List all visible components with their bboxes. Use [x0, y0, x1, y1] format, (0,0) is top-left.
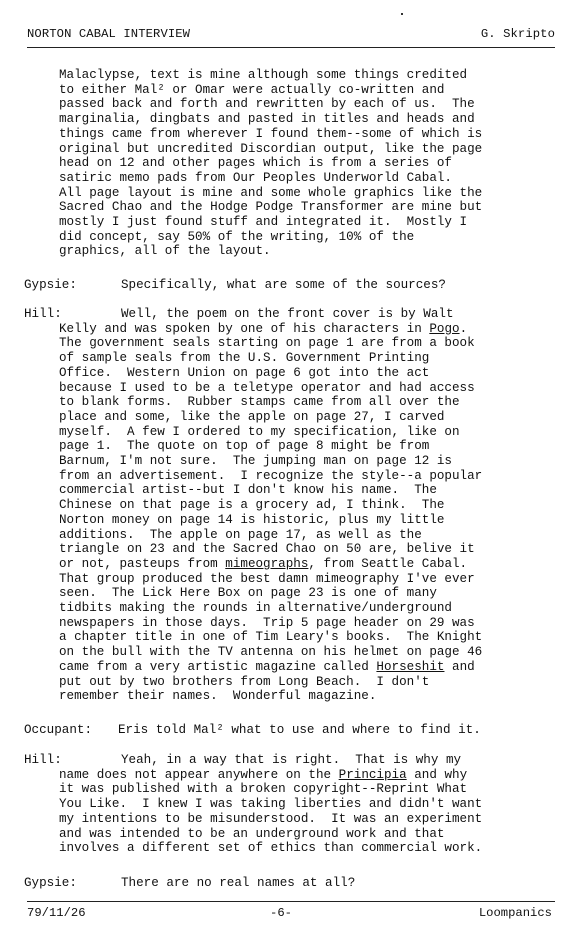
- text-line: satiric memo pads from Our Peoples Under…: [59, 171, 561, 186]
- text-line: did concept, say 50% of the writing, 10%…: [59, 230, 561, 245]
- text-line: remember their names. Wonderful magazine…: [59, 689, 561, 704]
- text-line: to blank forms. Rubber stamps came from …: [59, 395, 561, 410]
- exchange-gypsie-2: Gypsie:There are no real names at all?: [0, 876, 561, 891]
- text-line: seen. The Lick Here Box on page 23 is on…: [59, 586, 561, 601]
- text-line: or not, pasteups from mimeographs, from …: [59, 557, 561, 572]
- text-line: Barnum, I'm not sure. The jumping man on…: [59, 454, 561, 469]
- text-line: triangle on 23 and the Sacred Chao on 50…: [59, 542, 561, 557]
- exchange-gypsie-1: Gypsie:Specifically, what are some of th…: [0, 278, 561, 293]
- text-line: passed back and forth and rewritten by e…: [59, 97, 561, 112]
- speaker-label: Gypsie:: [24, 876, 77, 891]
- text-line: additions. The apple on page 17, as well…: [59, 528, 561, 543]
- exchange-occupant: Occupant:Eris told Mal² what to use and …: [0, 723, 561, 738]
- text-line: a chapter title in one of Tim Leary's bo…: [59, 630, 561, 645]
- underlined-title: mimeographs: [225, 557, 308, 571]
- speaker-turn: Occupant:Eris told Mal² what to use and …: [0, 723, 561, 738]
- document-page: NORTON CABAL INTERVIEW G. Skripto Malacl…: [0, 0, 561, 937]
- text-line: put out by two brothers from Long Beach.…: [59, 675, 561, 690]
- text-line: That group produced the best damn mimeog…: [59, 572, 561, 587]
- text-line: head on 12 and other pages which is from…: [59, 156, 561, 171]
- underlined-title: Horseshit: [376, 660, 444, 674]
- text-line: Norton money on page 14 is historic, plu…: [59, 513, 561, 528]
- text-line: You Like. I knew I was taking liberties …: [59, 797, 561, 812]
- text-line: because I used to be a teletype operator…: [59, 381, 561, 396]
- text-line: and was intended to be an underground wo…: [59, 827, 561, 842]
- text-line: Specifically, what are some of the sourc…: [121, 278, 561, 293]
- speck: [401, 13, 403, 15]
- text-line: newspapers in those days. Trip 5 page he…: [59, 616, 561, 631]
- speaker-turn: Gypsie:Specifically, what are some of th…: [0, 278, 561, 293]
- text-line: marginalia, dingbats and pasted in title…: [59, 112, 561, 127]
- text-line: tidbits making the rounds in alternative…: [59, 601, 561, 616]
- speaker-label: Occupant:: [24, 723, 92, 738]
- text-line: Well, the poem on the front cover is by …: [121, 307, 561, 322]
- text-line: The government seals starting on page 1 …: [59, 336, 561, 351]
- footer-page-number: -6-: [270, 906, 292, 920]
- intro-paragraph: Malaclypse, text is mine although some t…: [0, 68, 561, 259]
- speaker-turn: Hill:Yeah, in a way that is right. That …: [0, 753, 561, 768]
- exchange-hill-1: Hill:Well, the poem on the front cover i…: [0, 307, 561, 704]
- text-line: Office. Western Union on page 6 got into…: [59, 366, 561, 381]
- text-line: from an advertisement. I recognize the s…: [59, 469, 561, 484]
- text-line: of sample seals from the U.S. Government…: [59, 351, 561, 366]
- text-line: came from a very artistic magazine calle…: [59, 660, 561, 675]
- header-rule: [27, 47, 555, 48]
- text-line: commercial artist--but I don't know his …: [59, 483, 561, 498]
- speaker-label: Gypsie:: [24, 278, 77, 293]
- exchange-hill-2: Hill:Yeah, in a way that is right. That …: [0, 753, 561, 856]
- text-line: name does not appear anywhere on the Pri…: [59, 768, 561, 783]
- underlined-title: Principia: [339, 768, 407, 782]
- text-line: to either Mal² or Omar were actually co-…: [59, 83, 561, 98]
- footer-date: 79/11/26: [27, 906, 86, 920]
- text-line: page 1. The quote on top of page 8 might…: [59, 439, 561, 454]
- text-line: graphics, all of the layout.: [59, 244, 561, 259]
- header-title: NORTON CABAL INTERVIEW: [27, 27, 190, 41]
- text-line: All page layout is mine and some whole g…: [59, 186, 561, 201]
- text-line: Malaclypse, text is mine although some t…: [59, 68, 561, 83]
- footer-publisher: Loompanics: [479, 906, 552, 920]
- text-line: Sacred Chao and the Hodge Podge Transfor…: [59, 200, 561, 215]
- header-author: G. Skripto: [481, 27, 555, 41]
- text-line: original but uncredited Discordian outpu…: [59, 142, 561, 157]
- speaker-turn: Hill:Well, the poem on the front cover i…: [0, 307, 561, 322]
- text-line: myself. A few I ordered to my specificat…: [59, 425, 561, 440]
- underlined-title: Pogo: [429, 322, 459, 336]
- text-line: There are no real names at all?: [121, 876, 561, 891]
- text-line: my intentions to be misunderstood. It wa…: [59, 812, 561, 827]
- footer-rule: [27, 901, 555, 902]
- text-line: mostly I just found stuff and integrated…: [59, 215, 561, 230]
- text-line: Chinese on that page is a grocery ad, I …: [59, 498, 561, 513]
- text-line: involves a different set of ethics than …: [59, 841, 561, 856]
- speaker-label: Hill:: [24, 753, 62, 768]
- page-header: NORTON CABAL INTERVIEW G. Skripto: [27, 27, 555, 41]
- text-line: Eris told Mal² what to use and where to …: [118, 723, 561, 738]
- speaker-turn: Gypsie:There are no real names at all?: [0, 876, 561, 891]
- text-line: things came from wherever I found them--…: [59, 127, 561, 142]
- text-line: place and some, like the apple on page 2…: [59, 410, 561, 425]
- text-line: on the bull with the TV antenna on his h…: [59, 645, 561, 660]
- text-line: Yeah, in a way that is right. That is wh…: [121, 753, 561, 768]
- text-line: it was published with a broken copyright…: [59, 782, 561, 797]
- text-line: Kelly and was spoken by one of his chara…: [59, 322, 561, 337]
- page-footer: 79/11/26 -6- Loompanics: [27, 906, 552, 920]
- speaker-label: Hill:: [24, 307, 62, 322]
